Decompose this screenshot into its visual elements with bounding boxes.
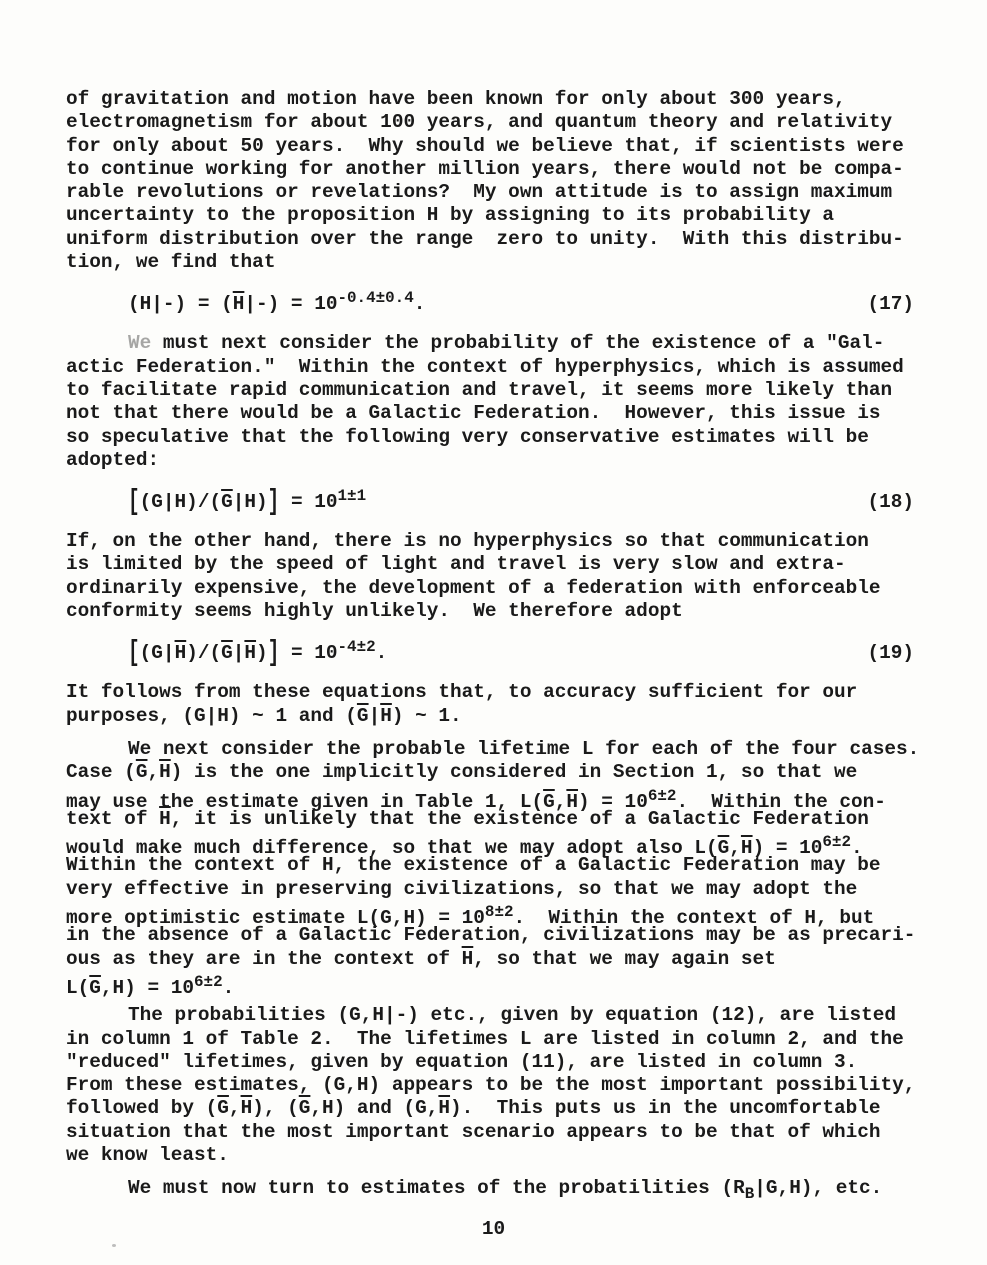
text-run: conformity seems highly unlikely. We the… <box>66 600 683 622</box>
text-run: in column 1 of Table 2. The lifetimes L … <box>66 1028 904 1050</box>
equation-number: (18) <box>867 488 926 516</box>
text-run: = 10 <box>279 491 337 513</box>
text-line: uncertainty to the proposition H by assi… <box>66 204 926 227</box>
text-run: uncertainty to the proposition H by assi… <box>66 204 834 226</box>
overline-symbol: H <box>380 705 392 727</box>
text-run: | <box>233 642 245 664</box>
paragraph: If, on the other hand, there is no hyper… <box>66 530 926 623</box>
text-run: is limited by the speed of light and tra… <box>66 553 846 575</box>
text-run: adopted: <box>66 449 159 471</box>
text-line: situation that the most important scenar… <box>66 1121 926 1144</box>
overline-symbol: H <box>244 642 256 664</box>
text-line: L(G,H) = 106±2. <box>66 971 926 994</box>
text-run: L( <box>66 977 89 999</box>
text-run: purposes, (G|H) ~ 1 and ( <box>66 705 357 727</box>
text-run: , it is unlikely that the existence of a… <box>171 808 869 830</box>
equation: [(G|H)/(G|H)] = 101±1(18) <box>66 482 926 516</box>
text-run: "reduced" lifetimes, given by equation (… <box>66 1051 857 1073</box>
text-line: ous as they are in the context of H, so … <box>66 948 926 971</box>
paragraph: We must now turn to estimates of the pro… <box>66 1177 926 1200</box>
text-run: of gravitation and motion have been know… <box>66 88 846 110</box>
equation-body: [(G|H)/(G|H)] = 10-4±2. <box>66 633 387 667</box>
equation-body: [(G|H)/(G|H)] = 101±1 <box>66 482 366 516</box>
paragraph: The probabilities (G,H|-) etc., given by… <box>66 1004 926 1167</box>
text-line: ordinarily expensive, the development of… <box>66 577 926 600</box>
text-run: It follows from these equations that, to… <box>66 681 857 703</box>
text-line: "reduced" lifetimes, given by equation (… <box>66 1051 926 1074</box>
text-line: conformity seems highly unlikely. We the… <box>66 600 926 623</box>
superscript: -4±2 <box>338 638 376 656</box>
subscript: B <box>745 1185 755 1203</box>
text-run: uniform distribution over the range zero… <box>66 228 904 250</box>
page-number: 10 <box>0 1218 987 1241</box>
text-run: ), ( <box>252 1097 299 1119</box>
text-line: may use the estimate given in Table 1, L… <box>66 785 926 808</box>
text-line: electromagnetism for about 100 years, an… <box>66 111 926 134</box>
text-line: very effective in preserving civilizatio… <box>66 878 926 901</box>
text-line: for only about 50 years. Why should we b… <box>66 135 926 158</box>
text-run: text of <box>66 808 159 830</box>
text-run: . <box>223 977 235 999</box>
superscript: 6±2 <box>194 973 223 991</box>
text-run: electromagnetism for about 100 years, an… <box>66 111 892 133</box>
text-run: = 10 <box>279 642 337 664</box>
text-run: ) <box>256 642 268 664</box>
text-line: text of H, it is unlikely that the exist… <box>66 808 926 831</box>
text-run: |-) = 10 <box>244 293 337 315</box>
overline-symbol: H <box>159 808 171 830</box>
text-run: We must now turn to estimates of the pro… <box>128 1177 745 1199</box>
text-line: not that there would be a Galactic Feder… <box>66 402 926 425</box>
overline-symbol: H <box>241 1097 253 1119</box>
text-line: From these estimates, (G,H) appears to b… <box>66 1074 926 1097</box>
text-line: We next consider the probable lifetime L… <box>66 738 926 761</box>
text-line: The probabilities (G,H|-) etc., given by… <box>66 1004 926 1027</box>
text-line: actic Federation." Within the context of… <box>66 356 926 379</box>
text-run: The probabilities (G,H|-) etc., given by… <box>128 1004 896 1026</box>
text-line: uniform distribution over the range zero… <box>66 228 926 251</box>
overline-symbol: G <box>217 1097 229 1119</box>
text-run: | <box>369 705 381 727</box>
text-line: Case (G,H) is the one implicitly conside… <box>66 761 926 784</box>
text-run: situation that the most important scenar… <box>66 1121 881 1143</box>
text-run: in the absence of a Galactic Federation,… <box>66 924 915 946</box>
overline-symbol: G <box>299 1097 311 1119</box>
text-run: must next consider the probability of th… <box>151 332 884 354</box>
text-line: We must now turn to estimates of the pro… <box>66 1177 926 1200</box>
text-run: ous as they are in the context of <box>66 948 462 970</box>
scanned-paper-page: of gravitation and motion have been know… <box>0 0 987 1265</box>
text-run: rable revolutions or revelations? My own… <box>66 181 892 203</box>
text-run: ] <box>268 480 280 522</box>
text-line: we know least. <box>66 1144 926 1167</box>
text-run: ] <box>268 632 280 674</box>
superscript: 1±1 <box>338 487 367 505</box>
text-line: of gravitation and motion have been know… <box>66 88 926 111</box>
text-run: (G|H)/( <box>140 491 221 513</box>
text-run: . <box>414 293 426 315</box>
overline-symbol: G <box>136 761 148 783</box>
text-run: We <box>128 332 151 354</box>
text-line: We must next consider the probability of… <box>66 332 926 355</box>
text-block: of gravitation and motion have been know… <box>66 88 926 1211</box>
equation-body: (H|-) = (H|-) = 10-0.4±0.4. <box>66 284 425 318</box>
superscript: 6±2 <box>648 787 677 805</box>
superscript: 6±2 <box>822 833 851 851</box>
scan-artifact-dot <box>112 1244 116 1247</box>
overline-symbol: H <box>159 761 171 783</box>
text-run: If, on the other hand, there is no hyper… <box>66 530 869 552</box>
overline-symbol: H <box>233 293 245 315</box>
text-run: ) ~ 1. <box>392 705 462 727</box>
text-run: we know least. <box>66 1144 229 1166</box>
text-run: to continue working for another million … <box>66 158 904 180</box>
text-line: to continue working for another million … <box>66 158 926 181</box>
text-run: to facilitate rapid communication and tr… <box>66 379 892 401</box>
text-run: ) is the one implicitly considered in Se… <box>171 761 858 783</box>
text-run: Within the context of H, the existence o… <box>66 854 881 876</box>
text-line: followed by (G,H), (G,H) and (G,H). This… <box>66 1097 926 1120</box>
superscript: 8±2 <box>485 903 514 921</box>
paragraph: It follows from these equations that, to… <box>66 681 926 728</box>
text-line: so speculative that the following very c… <box>66 426 926 449</box>
paragraph: We next consider the probable lifetime L… <box>66 738 926 994</box>
text-run: , <box>147 761 159 783</box>
text-run: ,H) and (G, <box>310 1097 438 1119</box>
text-run: From these estimates, (G,H) appears to b… <box>66 1074 915 1096</box>
text-run: |H) <box>233 491 268 513</box>
text-line: purposes, (G|H) ~ 1 and (G|H) ~ 1. <box>66 705 926 728</box>
equation-number: (17) <box>867 290 926 318</box>
text-run: Case ( <box>66 761 136 783</box>
overline-symbol: H <box>175 642 187 664</box>
overline-symbol: G <box>221 491 233 513</box>
equation: (H|-) = (H|-) = 10-0.4±0.4.(17) <box>66 284 926 318</box>
text-line: would make much difference, so that we m… <box>66 831 926 854</box>
paragraph: We must next consider the probability of… <box>66 332 926 472</box>
text-run: ordinarily expensive, the development of… <box>66 577 881 599</box>
text-run: (H|-) = ( <box>128 293 233 315</box>
text-line: to facilitate rapid communication and tr… <box>66 379 926 402</box>
text-run: , <box>229 1097 241 1119</box>
text-run: . <box>376 642 388 664</box>
overline-symbol: G <box>89 977 101 999</box>
text-run: so speculative that the following very c… <box>66 426 869 448</box>
text-line: tion, we find that <box>66 251 926 274</box>
text-line: in column 1 of Table 2. The lifetimes L … <box>66 1028 926 1051</box>
text-run: , so that we may again set <box>473 948 776 970</box>
text-line: adopted: <box>66 449 926 472</box>
paragraph: of gravitation and motion have been know… <box>66 88 926 274</box>
overline-symbol: G <box>221 642 233 664</box>
text-line: is limited by the speed of light and tra… <box>66 553 926 576</box>
superscript: -0.4±0.4 <box>337 289 413 307</box>
text-line: Within the context of H, the existence o… <box>66 854 926 877</box>
text-run: [ <box>128 480 140 522</box>
text-run: ,H) = 10 <box>101 977 194 999</box>
text-run: followed by ( <box>66 1097 217 1119</box>
text-run: for only about 50 years. Why should we b… <box>66 135 904 157</box>
text-line: It follows from these equations that, to… <box>66 681 926 704</box>
overline-symbol: G <box>357 705 369 727</box>
text-run: (G| <box>140 642 175 664</box>
text-run: ). This puts us in the uncomfortable <box>450 1097 881 1119</box>
text-line: in the absence of a Galactic Federation,… <box>66 924 926 947</box>
overline-symbol: H <box>438 1097 450 1119</box>
equation: [(G|H)/(G|H)] = 10-4±2.(19) <box>66 633 926 667</box>
text-run: actic Federation." Within the context of… <box>66 356 904 378</box>
text-run: We next consider the probable lifetime L… <box>128 738 919 760</box>
text-run: [ <box>128 632 140 674</box>
text-run: not that there would be a Galactic Feder… <box>66 402 881 424</box>
text-run: very effective in preserving civilizatio… <box>66 878 857 900</box>
text-line: rable revolutions or revelations? My own… <box>66 181 926 204</box>
text-line: more optimistic estimate L(G,H) = 108±2.… <box>66 901 926 924</box>
text-run: )/( <box>186 642 221 664</box>
equation-number: (19) <box>867 639 926 667</box>
overline-symbol: H <box>462 948 474 970</box>
text-run: |G,H), etc. <box>754 1177 882 1199</box>
text-run: tion, we find that <box>66 251 275 273</box>
text-line: If, on the other hand, there is no hyper… <box>66 530 926 553</box>
